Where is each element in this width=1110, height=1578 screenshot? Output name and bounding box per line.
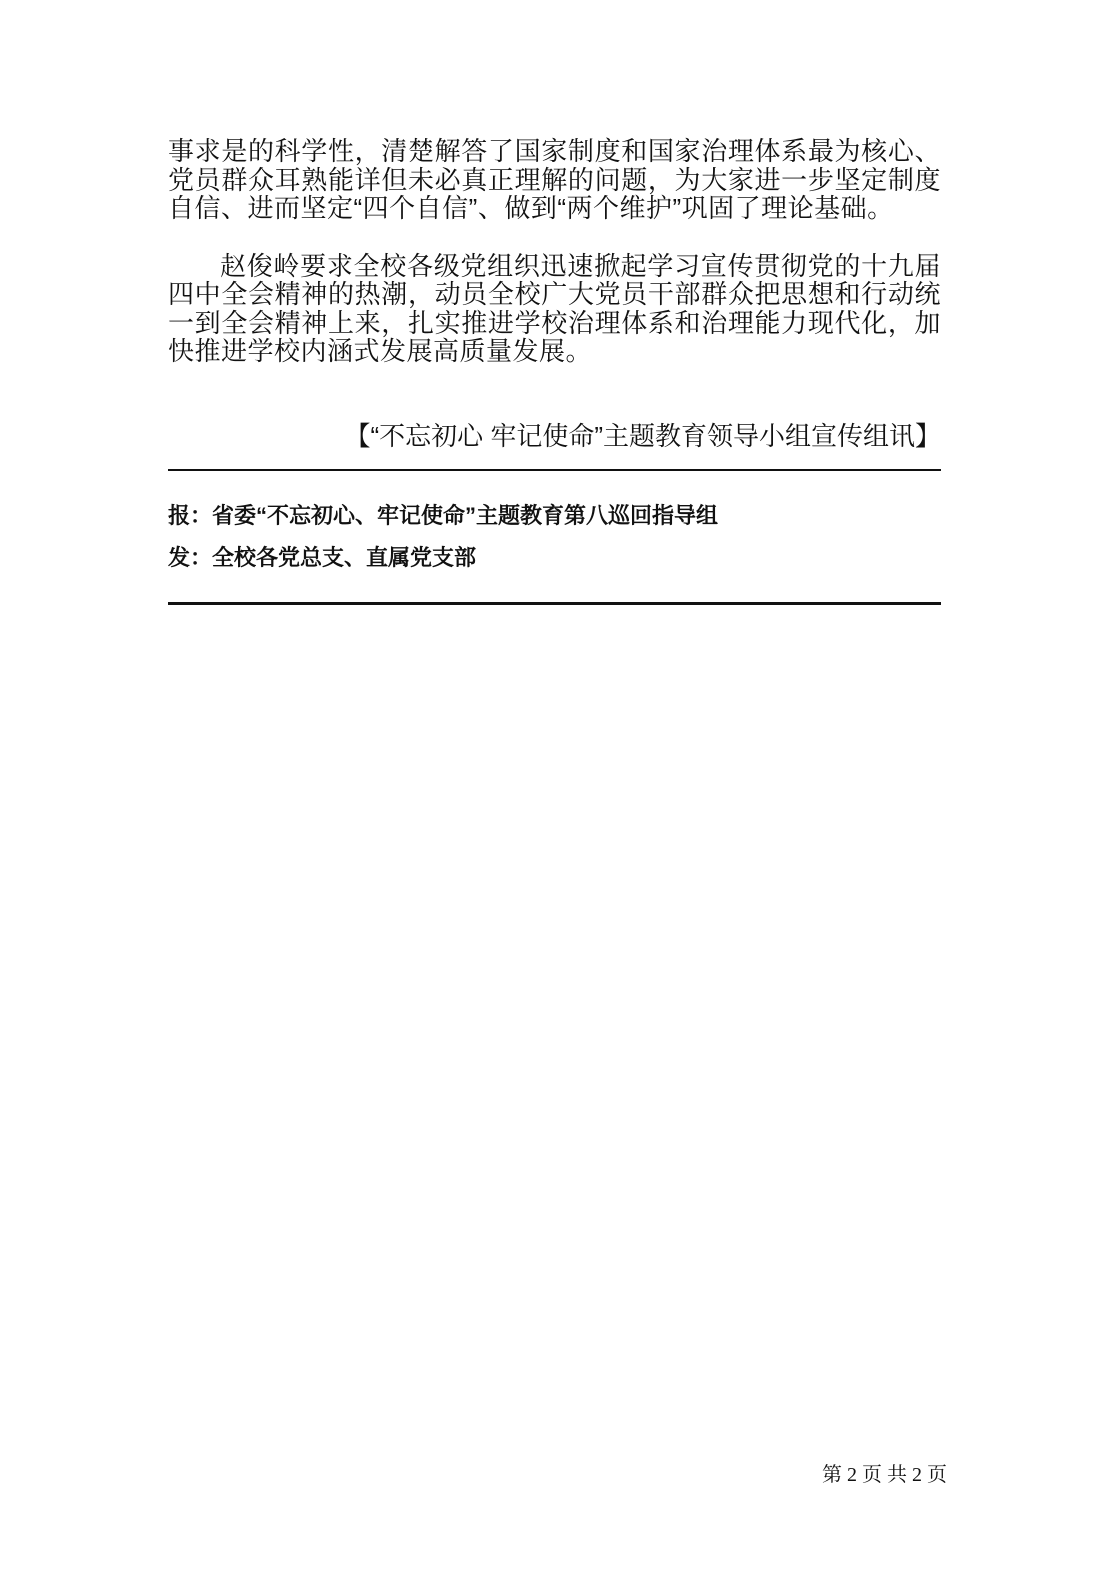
body-paragraph-1: 事求是的科学性，清楚解答了国家制度和国家治理体系最为核心、党员群众耳熟能详但未必… [168,137,941,223]
distribution-report-line: 报：省委“不忘初心、牢记使命”主题教育第八巡回指导组 [168,502,941,530]
body-paragraph-2: 赵俊岭要求全校各级党组织迅速掀起学习宣传贯彻党的十九届四中全会精神的热潮，动员全… [168,252,941,366]
attribution-line: 【“不忘初心 牢记使命”主题教育领导小组宣传组讯】 [168,422,941,451]
divider-top [168,469,941,471]
page-number: 第 2 页 共 2 页 [822,1462,947,1488]
document-page: 事求是的科学性，清楚解答了国家制度和国家治理体系最为核心、党员群众耳熟能详但未必… [0,0,1110,1578]
distribution-issue-line: 发：全校各党总支、直属党支部 [168,544,941,572]
divider-bottom [168,602,941,605]
document-content: 事求是的科学性，清楚解答了国家制度和国家治理体系最为核心、党员群众耳熟能详但未必… [168,137,941,605]
